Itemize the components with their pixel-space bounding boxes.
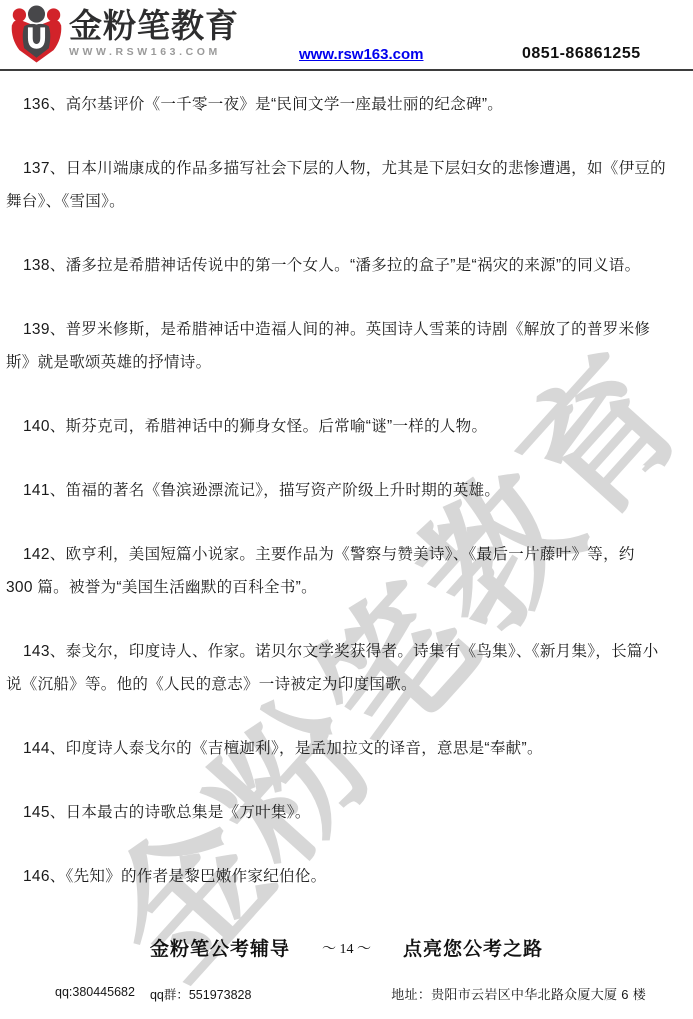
qq-number: qq:380445682 xyxy=(55,985,135,1003)
header-divider xyxy=(0,69,693,71)
footer-slogan: 点亮您公考之路 xyxy=(403,934,543,961)
page-header: 金粉笔教育 WWW.RSW163.COM www.rsw163.com 0851… xyxy=(0,0,693,70)
list-item-number: 143、 xyxy=(23,643,66,660)
list-item: 144、印度诗人泰戈尔的《吉檀迦利》，是孟加拉文的译音，意思是“奉献”。 xyxy=(6,732,666,765)
list-item-number: 144、 xyxy=(23,740,66,757)
site-link[interactable]: www.rsw163.com xyxy=(299,46,424,63)
list-item: 137、日本川端康成的作品多描写社会下层的人物，尤其是下层妇女的悲惨遭遇，如《伊… xyxy=(6,152,666,218)
brand-logo-icon xyxy=(8,4,65,69)
list-item: 141、笛福的著名《鲁滨逊漂流记》，描写资产阶级上升时期的英雄。 xyxy=(6,474,666,507)
list-item-number: 142、 xyxy=(23,546,66,563)
list-item: 140、斯芬克司，希腊神话中的狮身女怪。后常喻“谜”一样的人物。 xyxy=(6,410,666,443)
list-item-number: 136、 xyxy=(23,96,66,113)
list-item: 136、高尔基评价《一千零一夜》是“民间文学一座最壮丽的纪念碑”。 xyxy=(6,88,666,121)
phone-number: 0851-86861255 xyxy=(522,45,641,63)
list-item-text: 斯芬克司，希腊神话中的狮身女怪。后常喻“谜”一样的人物。 xyxy=(66,418,488,435)
list-item: 146、《先知》的作者是黎巴嫩作家纪伯伦。 xyxy=(6,860,666,893)
footer-brand: 金粉笔公考辅导 xyxy=(150,934,290,961)
footer-contact-qq: qq:380445682 qq群：551973828 xyxy=(55,985,251,1003)
list-item-text: 泰戈尔，印度诗人、作家。诺贝尔文学奖获得者。诗集有《鸟集》、《新月集》，长篇小说… xyxy=(6,643,659,693)
footer-address: 地址：贵阳市云岩区中华北路众厦大厦 6 楼 xyxy=(391,984,646,1003)
document-page: 金粉笔教育 金粉笔教育 WWW.RSW163.COM www.rsw163.co… xyxy=(0,0,693,1019)
list-item-text: 欧亨利，美国短篇小说家。主要作品为《警察与赞美诗》、《最后一片藤叶》等，约 30… xyxy=(6,546,635,596)
list-item-number: 141、 xyxy=(23,482,66,499)
fact-list: 136、高尔基评价《一千零一夜》是“民间文学一座最壮丽的纪念碑”。 137、日本… xyxy=(0,72,693,924)
list-item-number: 140、 xyxy=(23,418,66,435)
list-item: 139、普罗米修斯，是希腊神话中造福人间的神。英国诗人雪莱的诗剧《解放了的普罗米… xyxy=(6,313,666,379)
list-item-text: 高尔基评价《一千零一夜》是“民间文学一座最壮丽的纪念碑”。 xyxy=(66,96,504,113)
list-item: 142、欧亨利，美国短篇小说家。主要作品为《警察与赞美诗》、《最后一片藤叶》等，… xyxy=(6,538,666,604)
list-item-number: 146、 xyxy=(23,868,66,885)
list-item-text: 《先知》的作者是黎巴嫩作家纪伯伦。 xyxy=(66,868,327,885)
list-item-text: 日本川端康成的作品多描写社会下层的人物，尤其是下层妇女的悲惨遭遇，如《伊豆的舞台… xyxy=(6,160,666,210)
brand-name: 金粉笔教育 xyxy=(69,9,239,43)
list-item-text: 印度诗人泰戈尔的《吉檀迦利》，是孟加拉文的译音，意思是“奉献”。 xyxy=(66,740,543,757)
brand-url: WWW.RSW163.COM xyxy=(69,46,239,58)
list-item-number: 137、 xyxy=(23,160,66,177)
list-item: 145、日本最古的诗歌总集是《万叶集》。 xyxy=(6,796,666,829)
list-item: 138、潘多拉是希腊神话传说中的第一个女人。“潘多拉的盒子”是“祸灾的来源”的同… xyxy=(6,249,666,282)
list-item-number: 145、 xyxy=(23,804,66,821)
list-item-number: 138、 xyxy=(23,257,66,274)
footer-main-line: 金粉笔公考辅导 ～ 14 ～ 点亮您公考之路 xyxy=(0,934,693,961)
qq-group-number: qq群：551973828 xyxy=(150,985,251,1003)
list-item-text: 日本最古的诗歌总集是《万叶集》。 xyxy=(66,804,311,821)
page-number: ～ 14 ～ xyxy=(322,938,371,958)
list-item-text: 笛福的著名《鲁滨逊漂流记》，描写资产阶级上升时期的英雄。 xyxy=(66,482,501,499)
footer-info-line: qq:380445682 qq群：551973828 地址：贵阳市云岩区中华北路… xyxy=(0,984,693,1003)
list-item-text: 普罗米修斯，是希腊神话中造福人间的神。英国诗人雪莱的诗剧《解放了的普罗米修斯》就… xyxy=(6,321,650,371)
list-item-number: 139、 xyxy=(23,321,66,338)
list-item: 143、泰戈尔，印度诗人、作家。诺贝尔文学奖获得者。诗集有《鸟集》、《新月集》，… xyxy=(6,635,666,701)
list-item-text: 潘多拉是希腊神话传说中的第一个女人。“潘多拉的盒子”是“祸灾的来源”的同义语。 xyxy=(66,257,641,274)
brand-block: 金粉笔教育 WWW.RSW163.COM xyxy=(69,9,239,58)
